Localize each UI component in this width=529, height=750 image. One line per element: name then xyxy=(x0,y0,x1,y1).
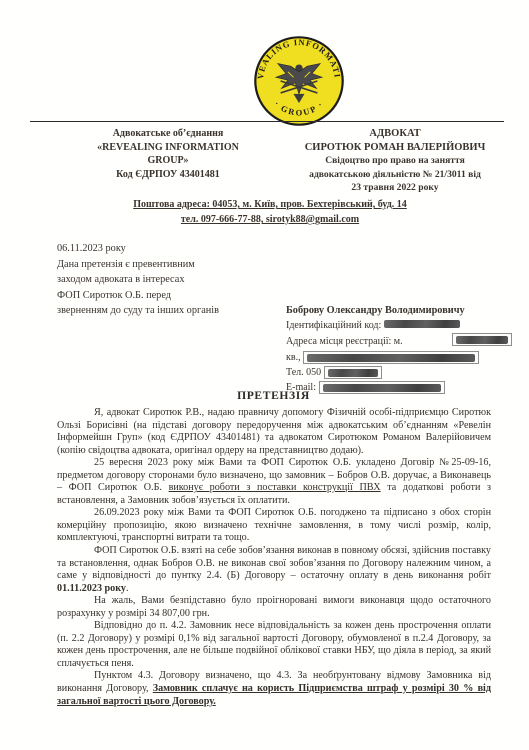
org-line: Адвокатське об’єднання xyxy=(52,127,284,141)
certificate-line: адвокатською діяльністю № 21/3011 від xyxy=(282,168,508,182)
note-line: заходом адвоката в інтересах xyxy=(57,272,307,288)
paragraph-fine: Пунктом 4.3. Договору визначено, що 4.3.… xyxy=(57,670,491,708)
redaction-box xyxy=(303,351,479,364)
org-header-block: Адвокатське об’єднання «REVEALING INFORM… xyxy=(52,127,284,181)
paragraph-performance: ФОП Сиротюк О.Б. взяті на себе зобов’яза… xyxy=(57,545,491,595)
date-note-block: 06.11.2023 року Дана претензія є превент… xyxy=(57,241,307,319)
due-date: 01.11.2023 року xyxy=(57,583,126,594)
org-line: «REVEALING INFORMATION xyxy=(52,141,284,155)
postal-contact-line: тел. 097-666-77-88, sirotyk88@gmail.com xyxy=(80,212,460,227)
redacted-city-value xyxy=(456,336,508,344)
recipient-block: Боброву Олександру Володимировичу Іденти… xyxy=(286,303,512,395)
redaction-box xyxy=(452,333,512,346)
phone-label: Тел. 050 xyxy=(286,367,321,378)
recipient-name: Боброву Олександру Володимировичу xyxy=(286,303,512,318)
paragraph-penalty: Відповідно до п. 4.2. Замовник несе відп… xyxy=(57,620,491,670)
address-label: Адреса місця реєстрації: м. xyxy=(286,334,403,349)
underlined-clause: виконує роботи з поставки конструкції ПВ… xyxy=(169,482,381,493)
redacted-phone-value xyxy=(328,369,378,377)
scanned-claim-letter: REVEALING INFORMATION · GROUP · Адвокатс… xyxy=(0,0,529,750)
org-edrpou: Код ЄДРПОУ 43401481 xyxy=(52,168,284,182)
redacted-id-value xyxy=(384,320,460,328)
paragraph-text: ФОП Сиротюк О.Б. взяті на себе зобов’яза… xyxy=(57,545,491,581)
paragraph-proposal: 26.09.2023 року між Вами та ФОП Сиротюк … xyxy=(57,507,491,545)
redacted-street-value xyxy=(307,354,475,362)
paragraph-text: Відповідно до п. 4.2. Замовник несе відп… xyxy=(57,620,491,669)
note-line: зверненням до суду та інших органів xyxy=(57,303,307,319)
advocate-title: АДВОКАТ xyxy=(282,127,508,141)
certificate-line: Свідоцтво про право на заняття xyxy=(282,154,508,168)
paragraph-intro: Я, адвокат Сиротюк Р.В., надаю правничу … xyxy=(57,407,491,457)
id-label: Ідентифікаційний код: xyxy=(286,320,381,331)
postal-address-line: Поштова адреса: 04053, м. Київ, пров. Бе… xyxy=(80,197,460,212)
seal-icon: REVEALING INFORMATION · GROUP · xyxy=(253,35,345,127)
org-line: GROUP» xyxy=(52,154,284,168)
note-line: ФОП Сиротюк О.Б. перед xyxy=(57,288,307,304)
org-seal-logo: REVEALING INFORMATION · GROUP · xyxy=(253,35,345,127)
advocate-name: СИРОТЮК РОМАН ВАЛЕРІЙОВИЧ xyxy=(282,141,508,155)
certificate-line: 23 травня 2022 року xyxy=(282,181,508,195)
recipient-apartment-line: кв., xyxy=(286,350,512,365)
paragraph-text: 26.09.2023 року між Вами та ФОП Сиротюк … xyxy=(57,507,491,543)
paragraph-contract: 25 вересня 2023 року між Вами та ФОП Сир… xyxy=(57,457,491,507)
redaction-box xyxy=(324,366,382,379)
postal-address-block: Поштова адреса: 04053, м. Київ, пров. Бе… xyxy=(80,197,460,227)
recipient-id-line: Ідентифікаційний код: xyxy=(286,318,512,333)
header-divider xyxy=(30,121,504,122)
note-line: Дана претензія є превентивним xyxy=(57,257,307,273)
apartment-label: кв., xyxy=(286,352,301,363)
recipient-phone-line: Тел. 050 xyxy=(286,365,512,380)
document-title: ПРЕТЕНЗІЯ xyxy=(57,389,490,402)
paragraph-debt: На жаль, Вами безпідставно було проігнор… xyxy=(57,595,491,620)
recipient-address-line: Адреса місця реєстрації: м. xyxy=(286,333,512,349)
letter-body: Я, адвокат Сиротюк Р.В., надаю правничу … xyxy=(57,407,491,708)
letter-date: 06.11.2023 року xyxy=(57,241,307,257)
paragraph-text: . xyxy=(126,583,129,594)
advocate-header-block: АДВОКАТ СИРОТЮК РОМАН ВАЛЕРІЙОВИЧ Свідоц… xyxy=(282,127,508,195)
paragraph-text: Я, адвокат Сиротюк Р.В., надаю правничу … xyxy=(57,407,491,456)
paragraph-text: На жаль, Вами безпідставно було проігнор… xyxy=(57,595,491,619)
